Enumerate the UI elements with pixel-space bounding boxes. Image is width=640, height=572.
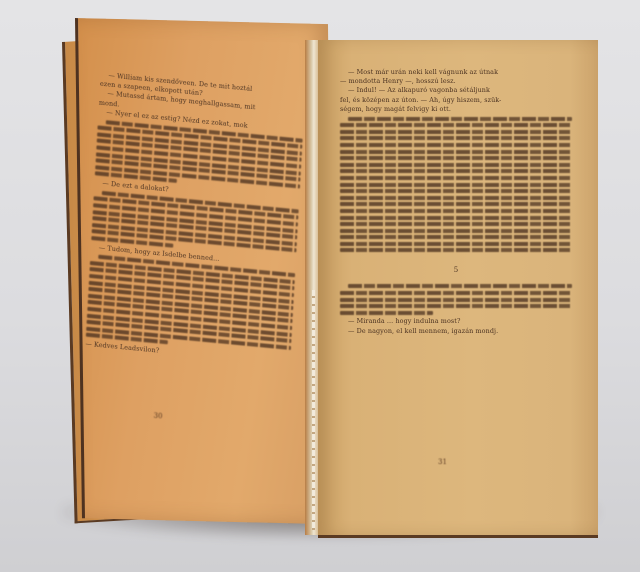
blurred-text-line	[340, 130, 572, 134]
blurred-text-line	[340, 163, 572, 167]
blurred-text-line	[340, 304, 572, 308]
blurred-text-line	[340, 248, 572, 252]
blurred-text-line	[340, 291, 572, 295]
blurred-text-line	[340, 143, 572, 147]
blurred-text-line	[340, 169, 572, 173]
blurred-text-line	[340, 156, 572, 160]
page-number-right: 31	[438, 458, 447, 466]
section-number: 5	[340, 266, 572, 274]
blurred-text-line	[340, 176, 572, 180]
text-line: — De nagyon, el kell mennem, igazán mond…	[348, 327, 572, 336]
blurred-text-line	[340, 202, 572, 206]
right-page: — Most már urán neki kell vágnunk az útn…	[318, 40, 598, 538]
blurred-text-line	[340, 123, 572, 127]
blurred-text-line	[340, 209, 572, 213]
blurred-text-line	[340, 235, 572, 239]
left-page: — William kis szendőveen. De te mit hozt…	[75, 18, 335, 524]
blurred-text-line	[340, 311, 433, 315]
blurred-text-line	[348, 117, 572, 121]
photo-scene: — William kis szendőveen. De te mit hozt…	[0, 0, 640, 572]
text-line: — Indul! — Az alkapuró vagonba sétáljunk	[348, 86, 572, 95]
blurred-text-line	[340, 298, 572, 302]
blurred-text-line	[348, 284, 572, 288]
blurred-text-line	[340, 196, 572, 200]
blurred-text-line	[340, 136, 572, 140]
text-line: fel, és középen az úton. — Ah, úgy hisze…	[340, 96, 572, 105]
blurred-text-line	[340, 242, 572, 246]
blurred-text-line	[340, 183, 572, 187]
blurred-text-line	[340, 222, 572, 226]
spine-binding-thread	[312, 290, 315, 530]
text-line: — mondotta Henry —, hosszú lesz.	[340, 77, 572, 86]
blurred-text-line	[340, 189, 572, 193]
blurred-text-line	[340, 229, 572, 233]
blurred-text-line	[340, 216, 572, 220]
text-line: ségem, hogy magát felvigy ki ott.	[340, 105, 572, 114]
page-number-left: 30	[153, 412, 162, 421]
blurred-text-line	[340, 150, 572, 154]
left-page-text: — William kis szendőveen. De te mit hozt…	[85, 71, 305, 368]
right-page-text: — Most már urán neki kell vágnunk az útn…	[340, 68, 572, 336]
text-line: — Most már urán neki kell vágnunk az útn…	[348, 68, 572, 77]
text-line: — Miranda ... hogy indulna most?	[348, 317, 572, 326]
